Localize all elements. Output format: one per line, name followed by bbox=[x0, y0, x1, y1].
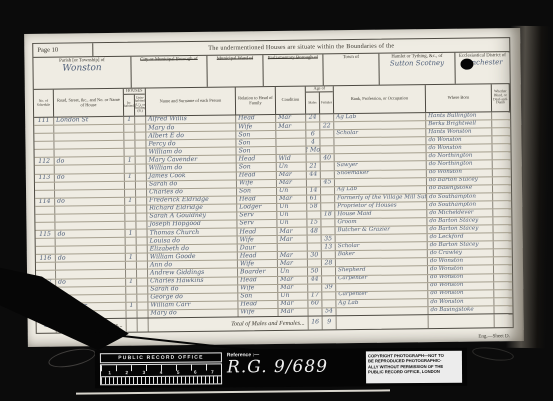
cell-inhabited bbox=[124, 133, 135, 140]
cell-schedule: 113 bbox=[35, 174, 55, 181]
col-age-males: Males bbox=[306, 92, 320, 114]
cell-uninhabited bbox=[137, 278, 148, 285]
cell-age-male bbox=[307, 179, 321, 186]
cell-inhabited bbox=[126, 246, 137, 253]
hole-punch-artifact bbox=[460, 59, 473, 70]
cell-road bbox=[55, 206, 125, 214]
cell-road bbox=[55, 190, 125, 198]
cell-uninhabited bbox=[137, 286, 148, 293]
cell-where-born: do Barton Stacey bbox=[427, 177, 493, 185]
cell-where-born: do Northington bbox=[427, 153, 493, 161]
cell-where-born: do Leckford bbox=[428, 233, 494, 241]
cell-name: James Cook bbox=[147, 172, 237, 180]
cell-relation: Head bbox=[237, 228, 277, 236]
copyright-notice: COPYRIGHT PHOTOGRAPH—NOT TO BE REPRODUCE… bbox=[366, 351, 462, 384]
cell-uninhabited bbox=[135, 125, 146, 132]
cell-name: Mary Cavender bbox=[147, 156, 237, 164]
cell-name: Sarah A Gouldney bbox=[147, 212, 237, 220]
cell-where-born: Hants Wonston bbox=[426, 128, 492, 136]
cell-road: do bbox=[55, 157, 125, 165]
cell-condition: Mar bbox=[277, 171, 307, 178]
cell-road bbox=[55, 222, 125, 230]
cell-schedule: 115 bbox=[36, 231, 56, 238]
cell-schedule bbox=[35, 182, 55, 189]
cell-uninhabited bbox=[136, 181, 147, 188]
cell-where-born: do Northington bbox=[427, 161, 493, 169]
cell-name: Sarah do bbox=[148, 285, 238, 293]
cell-relation: Head bbox=[237, 196, 277, 204]
cell-uninhabited bbox=[136, 157, 147, 164]
cell-inhabited: 1 bbox=[124, 117, 135, 124]
cell-infirmity bbox=[492, 120, 510, 127]
cell-condition: Wid bbox=[277, 155, 307, 162]
pro-office-label: PUBLIC RECORD OFFICE bbox=[100, 352, 222, 363]
cell-age-female: 39 bbox=[322, 284, 336, 291]
cell-name: Thomas Church bbox=[148, 229, 238, 237]
col-relation: Relation to Head of Family bbox=[236, 87, 276, 114]
cell-condition: Mar bbox=[278, 284, 308, 291]
cell-inhabited bbox=[124, 141, 135, 148]
cell-condition: Un bbox=[277, 220, 307, 227]
cell-relation: Son bbox=[237, 188, 277, 196]
cell-age-male bbox=[308, 244, 322, 251]
cell-age-male: 15 bbox=[307, 219, 321, 226]
cell-where-born: do Micheldever bbox=[427, 209, 493, 217]
cell-schedule bbox=[36, 263, 56, 270]
cell-condition bbox=[276, 131, 306, 138]
cell-inhabited bbox=[124, 125, 135, 132]
cell-age-female bbox=[321, 171, 335, 178]
cell-occupation: Carpenter bbox=[336, 275, 428, 283]
cell-relation: Son bbox=[237, 163, 277, 171]
cell-schedule bbox=[35, 207, 55, 214]
cell-inhabited bbox=[125, 222, 136, 229]
cell-relation: Head bbox=[238, 277, 278, 285]
cell-name: Louisa do bbox=[148, 237, 238, 245]
page-number: Page 10 bbox=[33, 43, 93, 57]
cell-inhabited bbox=[126, 286, 137, 293]
cell-inhabited bbox=[126, 262, 137, 269]
cell-condition: Un bbox=[277, 212, 307, 219]
col-where-born: Where Born bbox=[426, 84, 492, 112]
reference-number: R.G. 9/689 bbox=[227, 358, 361, 376]
cell-inhabited bbox=[126, 294, 137, 301]
cell-relation: Serv bbox=[237, 220, 277, 228]
form-title: The undermentioned Houses are situate wi… bbox=[93, 41, 509, 53]
cell-uninhabited bbox=[137, 294, 148, 301]
cell-where-born: do Wonston bbox=[426, 145, 492, 153]
cell-name: Joseph Hopgood bbox=[147, 220, 237, 228]
cell-age-female: 35 bbox=[322, 235, 336, 242]
total-persons-label: Total of Males and Females... bbox=[149, 317, 309, 332]
cell-age-male: 14 bbox=[307, 187, 321, 194]
cell-where-born: do Barton Stacey bbox=[427, 225, 493, 233]
cell-road bbox=[56, 270, 126, 278]
cell-road bbox=[54, 141, 124, 149]
cell-age-male: 17 bbox=[308, 292, 322, 299]
cell-uninhabited bbox=[136, 213, 147, 220]
cell-condition bbox=[277, 147, 307, 154]
col-houses: HOUSES In-habited Unin-habited (U.), or … bbox=[124, 89, 146, 116]
cell-condition: Mar bbox=[278, 236, 308, 243]
cell-infirmity bbox=[492, 128, 510, 135]
cell-uninhabited bbox=[137, 230, 148, 237]
cell-age-male bbox=[308, 260, 322, 267]
cell-uninhabited bbox=[137, 238, 148, 245]
cell-where-born: do Wonston bbox=[428, 266, 494, 274]
cell-schedule bbox=[36, 239, 56, 246]
cell-condition: Mar bbox=[277, 228, 307, 235]
cell-road bbox=[56, 238, 126, 246]
cell-age-male bbox=[306, 123, 320, 130]
cell-condition: Mar bbox=[276, 115, 306, 122]
cell-name: Charles do bbox=[147, 188, 237, 196]
cell-age-female: 22 bbox=[320, 122, 334, 129]
cell-where-born: do Crawley bbox=[428, 250, 494, 258]
field-city-borough: City or Municipal Borough of bbox=[131, 56, 207, 88]
cell-name: Frederick Eldridge bbox=[147, 196, 237, 204]
cell-uninhabited bbox=[135, 117, 146, 124]
cell-condition bbox=[278, 244, 308, 251]
cell-condition: Un bbox=[278, 268, 308, 275]
cell-occupation bbox=[336, 283, 428, 291]
cell-occupation: Scholar bbox=[334, 129, 426, 137]
cell-condition: Un bbox=[278, 292, 308, 299]
cell-relation: Wife bbox=[238, 260, 278, 268]
cell-where-born: do Southampton bbox=[427, 193, 493, 201]
cell-road bbox=[55, 181, 125, 189]
cell-age-female: 28 bbox=[322, 260, 336, 267]
cell-inhabited bbox=[126, 270, 137, 277]
cell-uninhabited bbox=[137, 246, 148, 253]
cell-occupation bbox=[335, 154, 427, 162]
cell-age-female bbox=[320, 138, 334, 145]
cell-occupation: Scholar bbox=[336, 242, 428, 250]
cell-age-male: 30 bbox=[308, 252, 322, 259]
cell-relation: Son bbox=[236, 139, 276, 147]
cell-inhabited bbox=[125, 189, 136, 196]
cell-occupation: Sawyer bbox=[335, 162, 427, 170]
paper-edge-shadow bbox=[506, 26, 550, 349]
cell-where-born: do Wonston bbox=[428, 274, 494, 282]
col-age-females: Females bbox=[320, 92, 333, 114]
cell-occupation: Proprietor of Houses bbox=[335, 202, 427, 210]
cell-age-male: 48 bbox=[307, 228, 321, 235]
cell-relation: Wife bbox=[238, 285, 278, 293]
pro-office-block: PUBLIC RECORD OFFICE 1234567 bbox=[100, 352, 222, 385]
cell-age-female: 18 bbox=[321, 211, 335, 218]
cell-uninhabited bbox=[136, 222, 147, 229]
cell-relation: Head bbox=[238, 252, 278, 260]
cell-age-male: 24 bbox=[306, 114, 320, 121]
cell-uninhabited bbox=[135, 141, 146, 148]
scratch-mark bbox=[471, 345, 514, 363]
cell-age-male: 44 bbox=[308, 276, 322, 283]
cell-schedule: 111 bbox=[34, 118, 54, 125]
cell-condition: Mar bbox=[278, 300, 308, 307]
cell-where-born: do Basingstoke bbox=[427, 185, 493, 193]
cell-road bbox=[54, 133, 124, 141]
cell-occupation bbox=[334, 121, 426, 129]
field-hamlet: Hamlet or Tything, &c., of Sutton Scotne… bbox=[379, 53, 455, 85]
cell-occupation bbox=[336, 259, 428, 267]
cell-relation: Lodger bbox=[237, 204, 277, 212]
cell-uninhabited bbox=[137, 302, 148, 309]
cell-where-born: do Wonston bbox=[428, 282, 494, 290]
cell-name: George do bbox=[148, 293, 238, 301]
stamp-underline bbox=[76, 389, 390, 394]
cell-relation: Wife bbox=[238, 236, 278, 244]
cell-condition: Mar bbox=[278, 252, 308, 259]
cell-schedule: 112 bbox=[35, 158, 55, 165]
census-page-scan: Page 10 The undermentioned Houses are si… bbox=[24, 28, 524, 347]
cell-occupation: Ag Lab bbox=[334, 113, 426, 121]
cell-age-female bbox=[320, 130, 334, 137]
cell-name: Elizabeth do bbox=[148, 245, 238, 253]
cell-relation: Wife bbox=[236, 123, 276, 131]
cell-inhabited: 1 bbox=[126, 302, 137, 309]
cell-age-female: 45 bbox=[321, 179, 335, 186]
col-schedule: No. of Schedule bbox=[34, 90, 54, 117]
cell-where-born: Hants Bullington bbox=[426, 112, 492, 120]
cell-age-male: 44 bbox=[307, 171, 321, 178]
cell-road: London St bbox=[54, 117, 124, 125]
cell-where-born: do Wonston bbox=[428, 290, 494, 298]
cell-age-female bbox=[321, 227, 335, 234]
cell-road bbox=[55, 149, 125, 157]
cell-inhabited bbox=[125, 149, 136, 156]
cell-inhabited: 1 bbox=[126, 278, 137, 285]
cell-road: do bbox=[56, 278, 126, 286]
cell-name: William Goode bbox=[148, 253, 238, 261]
col-name: Name and Surname of each Person bbox=[146, 87, 236, 115]
cell-condition: Un bbox=[277, 187, 307, 194]
cell-age-female bbox=[322, 292, 336, 299]
field-town: Town of bbox=[323, 54, 379, 86]
cell-condition: Mar bbox=[276, 123, 306, 130]
field-parish: Parish [or Township] of Wonston bbox=[33, 57, 131, 89]
cell-age-male: 4 bbox=[306, 139, 320, 146]
cell-uninhabited bbox=[137, 270, 148, 277]
cell-relation: Head bbox=[238, 301, 278, 309]
cell-where-born: do Wonston bbox=[428, 258, 494, 266]
cell-inhabited bbox=[126, 311, 137, 318]
cell-schedule: 116 bbox=[36, 255, 56, 262]
cell-occupation: Groom bbox=[335, 218, 427, 226]
cell-inhabited: 1 bbox=[125, 157, 136, 164]
cell-where-born: do Barton Stacey bbox=[427, 217, 493, 225]
cell-age-female bbox=[322, 252, 336, 259]
cell-relation: Son bbox=[238, 293, 278, 301]
cell-relation: Son bbox=[236, 131, 276, 139]
cell-uninhabited bbox=[137, 262, 148, 269]
cell-inhabited bbox=[125, 181, 136, 188]
cell-occupation bbox=[336, 234, 428, 242]
cell-occupation: Shepherd bbox=[336, 267, 428, 275]
cell-name: Ann do bbox=[148, 261, 238, 269]
cell-uninhabited bbox=[137, 254, 148, 261]
cell-schedule bbox=[35, 150, 55, 157]
cell-condition: Mar bbox=[277, 179, 307, 186]
cell-relation: Wife bbox=[237, 180, 277, 188]
cell-age-male: 50 bbox=[308, 268, 322, 275]
cell-age-female: 40 bbox=[321, 155, 335, 162]
cell-age-female bbox=[321, 187, 335, 194]
cell-uninhabited bbox=[136, 165, 147, 172]
cell-occupation bbox=[335, 178, 427, 186]
cell-occupation bbox=[334, 137, 426, 145]
cell-occupation: Carpenter bbox=[336, 291, 428, 299]
col-age: Age of Males Females bbox=[306, 86, 334, 113]
cell-age-male bbox=[308, 236, 322, 243]
hamlet-value: Sutton Scotney bbox=[379, 60, 454, 68]
cell-relation: Serv bbox=[237, 212, 277, 220]
cell-where-born: do Wonston bbox=[426, 137, 492, 145]
inch-ruler-icon: 1234567 bbox=[100, 363, 222, 385]
field-municipal-ward: Municipal Ward of bbox=[207, 55, 263, 87]
cell-uninhabited bbox=[136, 205, 147, 212]
cell-relation: Boarder bbox=[238, 268, 278, 276]
cell-occupation: Ag Lab bbox=[335, 186, 427, 194]
col-uninhabited: Unin-habited (U.), or Building (B.) bbox=[135, 94, 145, 116]
cell-condition: Un bbox=[277, 163, 307, 170]
cell-schedule bbox=[34, 126, 54, 133]
cell-occupation: Formerly of the Village Mill Sutton bbox=[335, 194, 427, 202]
cell-occupation bbox=[335, 145, 427, 153]
cell-name: Andrew Giddings bbox=[148, 269, 238, 277]
cell-name: Percy do bbox=[146, 140, 236, 148]
cell-age-male bbox=[307, 211, 321, 218]
cell-uninhabited bbox=[136, 149, 147, 156]
parish-value: Wonston bbox=[33, 64, 130, 74]
cell-where-born: do Wonston bbox=[427, 169, 493, 177]
cell-age-female: 13 bbox=[322, 244, 336, 251]
col-occupation: Rank, Profession, or Occupation bbox=[334, 85, 426, 113]
cell-infirmity bbox=[492, 112, 510, 119]
total-males: 16 bbox=[309, 316, 323, 329]
cell-condition bbox=[276, 139, 306, 146]
cell-age-female bbox=[320, 114, 334, 121]
cell-age-male: 60 bbox=[308, 300, 322, 307]
cell-schedule bbox=[35, 190, 55, 197]
cell-uninhabited bbox=[136, 173, 147, 180]
cell-name: Albert E do bbox=[146, 132, 236, 140]
cell-schedule bbox=[36, 247, 56, 254]
cell-uninhabited bbox=[136, 197, 147, 204]
cell-occupation: Baker bbox=[336, 250, 428, 258]
cell-occupation: House Maid bbox=[335, 210, 427, 218]
cell-uninhabited bbox=[136, 189, 147, 196]
cell-inhabited bbox=[125, 214, 136, 221]
cell-condition: Mar bbox=[278, 260, 308, 267]
cell-uninhabited bbox=[137, 310, 148, 317]
cell-road bbox=[55, 214, 125, 222]
cell-relation: Head bbox=[236, 115, 276, 123]
cell-schedule bbox=[35, 223, 55, 230]
cell-inhabited: 1 bbox=[125, 197, 136, 204]
cell-road bbox=[56, 262, 126, 270]
cell-relation: Head bbox=[237, 172, 277, 180]
pro-reference-strip: PUBLIC RECORD OFFICE 1234567 Reference :… bbox=[95, 348, 467, 389]
cell-relation: Daur bbox=[238, 244, 278, 252]
cell-relation: Head bbox=[237, 155, 277, 163]
cell-name: Charles Hawkins bbox=[148, 277, 238, 285]
field-parliamentary-borough: Parliamentary Borough of bbox=[263, 54, 323, 86]
cell-name: Richard Eldridge bbox=[147, 204, 237, 212]
cell-age-male: 2 Mo. bbox=[307, 147, 321, 154]
col-road: Road, Street, &c., and No. or Name of Ho… bbox=[54, 89, 124, 117]
pro-reference-block: Reference :— R.G. 9/689 bbox=[227, 351, 361, 384]
cell-occupation: Shoemaker bbox=[335, 170, 427, 178]
enumeration-rows: 111 London St 1 Alfred Willis Head Mar 2… bbox=[34, 112, 512, 319]
cell-where-born: Berks Brightwell bbox=[426, 120, 492, 128]
cell-where-born: do Southampton bbox=[427, 201, 493, 209]
cell-road: do bbox=[55, 198, 125, 206]
col-condition: Condition bbox=[276, 87, 306, 114]
cell-condition: Un bbox=[277, 203, 307, 210]
cell-age-male bbox=[307, 155, 321, 162]
cell-occupation: Butcher & Grazier bbox=[335, 226, 427, 234]
cell-road: do bbox=[55, 173, 125, 181]
cell-age-female bbox=[321, 147, 335, 154]
scratch-mark bbox=[47, 345, 97, 371]
cell-inhabited bbox=[126, 238, 137, 245]
census-form: Page 10 The undermentioned Houses are si… bbox=[32, 37, 514, 334]
cell-name: William Carr bbox=[148, 301, 238, 309]
cell-road bbox=[54, 125, 124, 133]
cell-name: William do bbox=[147, 148, 237, 156]
cell-where-born: do Wonston bbox=[428, 298, 494, 306]
cell-occupation: Ag Lab bbox=[336, 299, 428, 307]
cell-condition: Mar bbox=[278, 276, 308, 283]
total-females: 9 bbox=[323, 316, 337, 329]
cell-road: do bbox=[56, 254, 126, 262]
cell-road bbox=[56, 246, 126, 254]
cell-age-female bbox=[322, 276, 336, 283]
cell-inhabited bbox=[125, 165, 136, 172]
col-inhabited: In-habited bbox=[124, 94, 135, 116]
cell-inhabited bbox=[125, 206, 136, 213]
cell-name: Sarah do bbox=[147, 180, 237, 188]
cell-schedule bbox=[34, 134, 54, 141]
cell-condition: Mar bbox=[277, 195, 307, 202]
cell-schedule bbox=[34, 142, 54, 149]
cell-age-male: 61 bbox=[307, 195, 321, 202]
cell-name: William do bbox=[147, 164, 237, 172]
cell-age-male bbox=[308, 284, 322, 291]
cell-inhabited: 1 bbox=[126, 254, 137, 261]
cell-age-male: 58 bbox=[307, 203, 321, 210]
cell-road: do bbox=[56, 230, 126, 238]
cell-where-born: do Barton Stacey bbox=[428, 242, 494, 250]
cell-age-female bbox=[322, 300, 336, 307]
cell-road bbox=[55, 165, 125, 173]
cell-name: Alfred Willis bbox=[146, 115, 236, 123]
cell-age-female bbox=[321, 203, 335, 210]
cell-age-male: 6 bbox=[306, 131, 320, 138]
cell-uninhabited bbox=[135, 133, 146, 140]
cell-inhabited: 1 bbox=[126, 230, 137, 237]
col-infirmity: Whether Blind, or Deaf-and-Dumb bbox=[492, 84, 510, 111]
cell-age-female bbox=[322, 268, 336, 275]
cell-schedule bbox=[35, 166, 55, 173]
cell-schedule: 114 bbox=[35, 198, 55, 205]
cell-inhabited: 1 bbox=[125, 173, 136, 180]
cell-age-male: 21 bbox=[307, 163, 321, 170]
cell-name: Mary do bbox=[146, 124, 236, 132]
cell-relation: Son bbox=[237, 147, 277, 155]
cell-age-female bbox=[321, 219, 335, 226]
